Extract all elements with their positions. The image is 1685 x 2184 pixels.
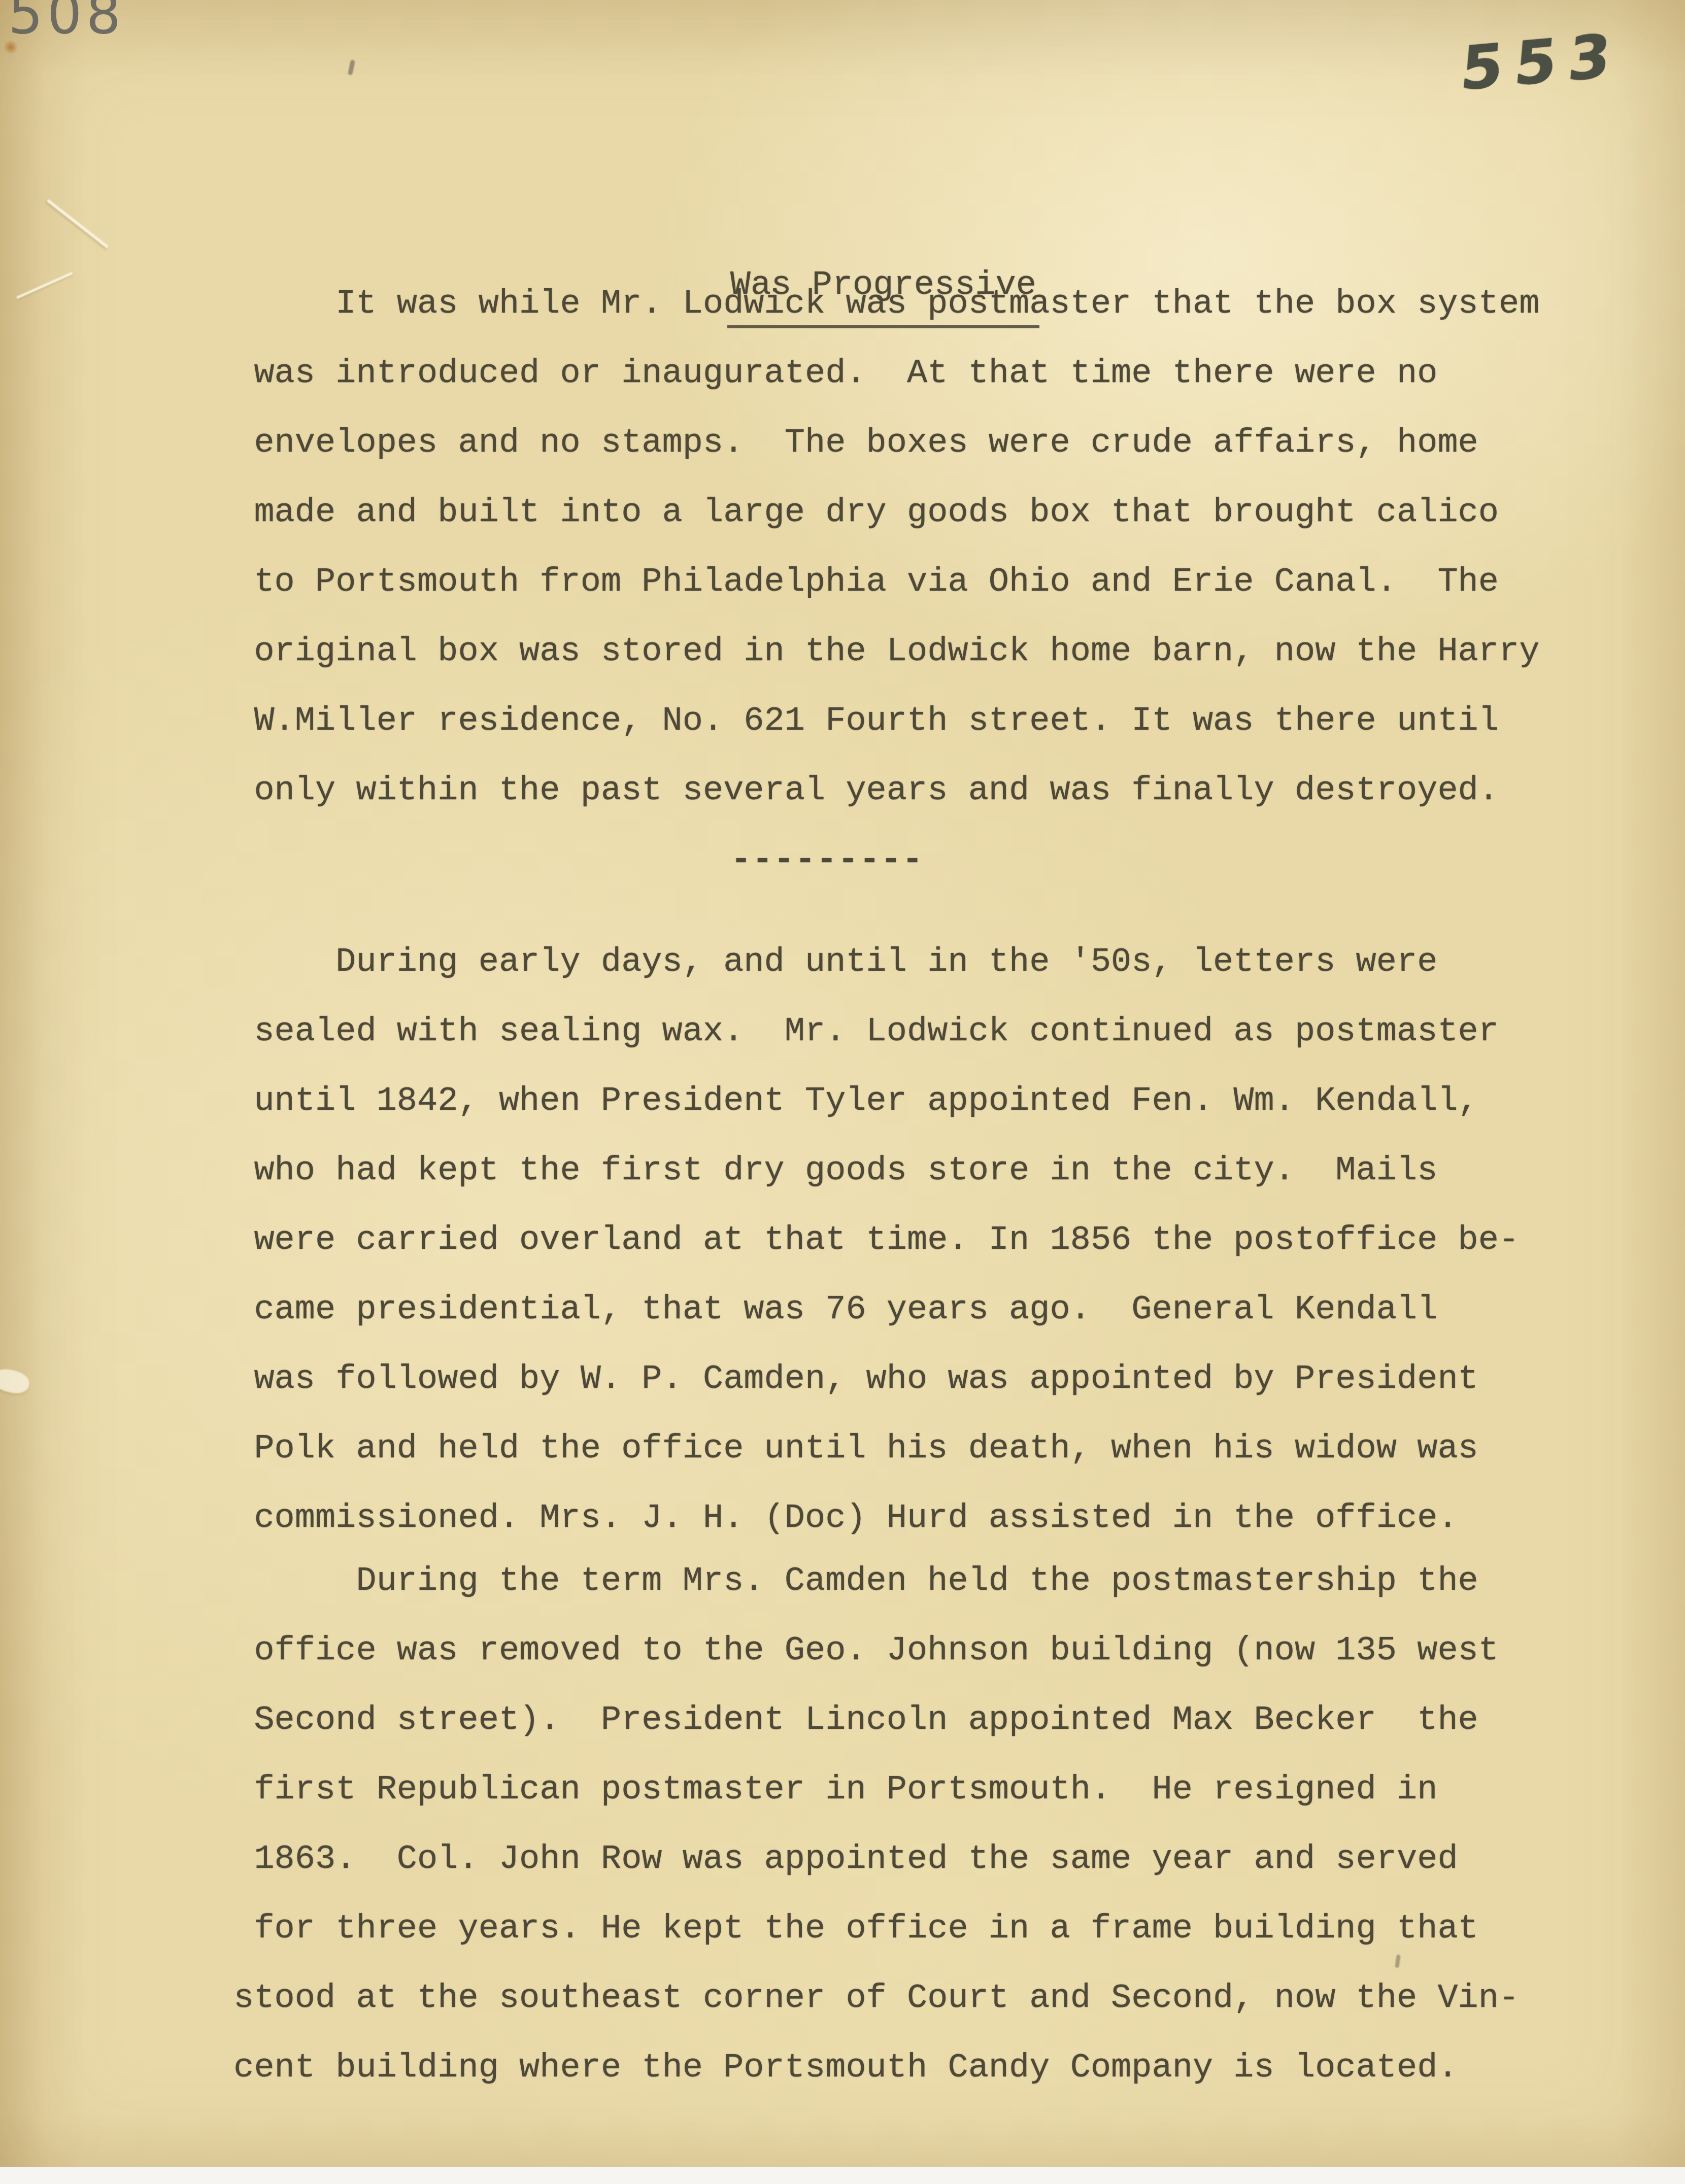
page-number-stamp: 508 xyxy=(8,0,125,46)
text-line: commissioned. Mrs. J. H. (Doc) Hurd assi… xyxy=(213,1484,1519,1553)
text-line: was followed by W. P. Camden, who was ap… xyxy=(213,1345,1519,1414)
text-line: only within the past several years and w… xyxy=(213,756,1539,826)
text-line: office was removed to the Geo. Johnson b… xyxy=(213,1616,1519,1686)
text-line: Polk and held the office until his death… xyxy=(213,1414,1519,1484)
paragraph-1: It was while Mr. Lodwick was postmaster … xyxy=(213,269,1539,826)
section-separator: --------- xyxy=(731,826,924,895)
text-line: During the term Mrs. Camden held the pos… xyxy=(213,1547,1519,1616)
text-line: was introduced or inaugurated. At that t… xyxy=(213,339,1539,408)
text-line: made and built into a large dry goods bo… xyxy=(213,478,1539,548)
text-line: for three years. He kept the office in a… xyxy=(213,1894,1519,1964)
text-line: until 1842, when President Tyler appoint… xyxy=(213,1067,1519,1136)
ink-speck xyxy=(348,59,355,75)
scan-edge xyxy=(0,2167,1685,2184)
text-line: to Portsmouth from Philadelphia via Ohio… xyxy=(213,548,1539,617)
paper-stain xyxy=(4,40,17,55)
text-line: Second street). President Lincoln appoin… xyxy=(213,1686,1519,1755)
text-line: cent building where the Portsmouth Candy… xyxy=(213,2033,1519,2103)
text-line: W.Miller residence, No. 621 Fourth stree… xyxy=(213,687,1539,756)
text-line: envelopes and no stamps. The boxes were … xyxy=(213,408,1539,478)
handwritten-page-number: 553 xyxy=(1458,19,1625,104)
text-line: were carried overland at that time. In 1… xyxy=(213,1206,1519,1275)
text-line: who had kept the first dry goods store i… xyxy=(213,1136,1519,1206)
text-line: During early days, and until in the '50s… xyxy=(213,928,1519,997)
typewritten-document-page: 508 553 Was Progressive It was while Mr.… xyxy=(0,0,1685,2184)
text-line: It was while Mr. Lodwick was postmaster … xyxy=(213,269,1539,339)
text-line: original box was stored in the Lodwick h… xyxy=(213,617,1539,687)
text-line: sealed with sealing wax. Mr. Lodwick con… xyxy=(213,997,1519,1067)
paragraph-2: During early days, and until in the '50s… xyxy=(213,928,1519,1553)
text-line: 1863. Col. John Row was appointed the sa… xyxy=(213,1825,1519,1894)
text-line: came presidential, that was 76 years ago… xyxy=(213,1275,1519,1345)
text-line: first Republican postmaster in Portsmout… xyxy=(213,1755,1519,1825)
paragraph-3: During the term Mrs. Camden held the pos… xyxy=(213,1547,1519,2103)
text-line: stood at the southeast corner of Court a… xyxy=(213,1964,1519,2033)
paper-crease xyxy=(0,1366,31,1396)
